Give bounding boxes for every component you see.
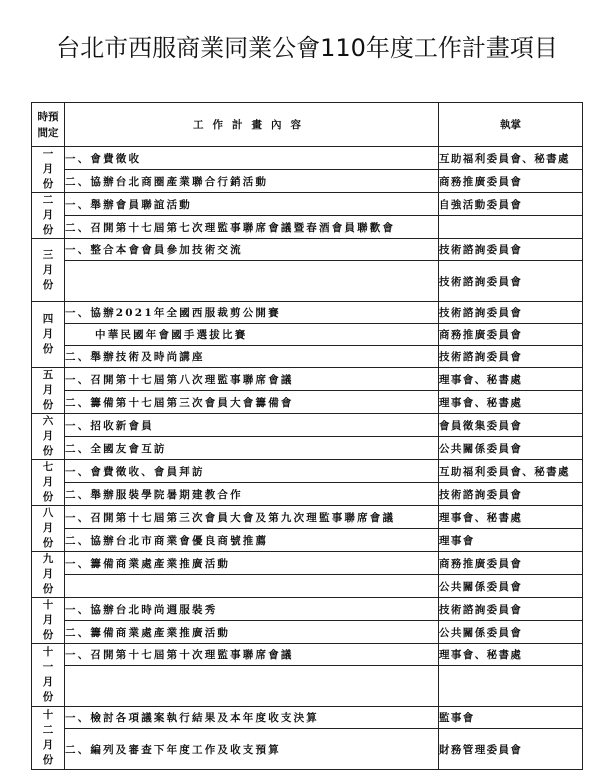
month-label-char: 十 [32, 598, 64, 613]
owner-cell: 財務管理委員會 [439, 729, 583, 770]
month-cell: 十二月份 [32, 707, 65, 770]
month-label-char: 份 [32, 753, 64, 768]
month-label-char: 份 [32, 223, 64, 238]
month-cell: 八月份 [32, 506, 65, 552]
month-label-char: 月 [32, 567, 64, 582]
month-label-char: 一 [32, 147, 64, 162]
owner-cell: 商務推廣委員會 [439, 552, 583, 575]
month-label-char: 月 [32, 475, 64, 490]
table-row [32, 666, 583, 707]
table-row: 二、協辦台北商圈產業聯合行銷活動商務推廣委員會 [32, 170, 583, 193]
owner-cell: 技術諮詢委員會 [439, 346, 583, 368]
month-cell: 二月份 [32, 193, 65, 239]
month-label-char: 十 [32, 645, 64, 660]
month-cell: 十月份 [32, 598, 65, 644]
task-cell: 一、召開第十七屆第三次會員大會及第九次理監事聯席會議 [65, 506, 439, 529]
month-cell: 十一月份 [32, 644, 65, 707]
table-row: 九月份一、籌備商業處產業推廣活動商務推廣委員會 [32, 552, 583, 575]
task-cell: 一、籌備商業處產業推廣活動 [65, 552, 439, 575]
table-body: 一月份一、會費徵收互助福利委員會、秘書處二、協辦台北商圈產業聯合行銷活動商務推廣… [32, 147, 583, 770]
month-label-char: 二 [32, 723, 64, 738]
owner-cell: 互助福利委員會、秘書處 [439, 147, 583, 170]
owner-cell: 公共關係委員會 [439, 575, 583, 598]
table-row: 五月份一、召開第十七屆第八次理監事聯席會議理事會、秘書處 [32, 368, 583, 391]
table-row: 十月份一、協辦台北時尚週服裝秀技術諮詢委員會 [32, 598, 583, 621]
header-task: 工作計畫內容 [65, 103, 439, 147]
table-row: 二、籌備第十七屆第三次會員大會籌備會理事會、秘書處 [32, 391, 583, 414]
table-row: 中華民國年會國手選拔比賽商務推廣委員會 [32, 324, 583, 346]
task-cell: 一、會費徵收 [65, 147, 439, 170]
task-cell: 一、整合本會會員參加技術交流 [65, 239, 439, 261]
owner-cell: 公共關係委員會 [439, 621, 583, 644]
task-cell: 二、編列及審查下年度工作及收支預算 [65, 729, 439, 770]
month-label-char: 二 [32, 193, 64, 208]
task-cell: 二、籌備第十七屆第三次會員大會籌備會 [65, 391, 439, 414]
month-label-char: 月 [32, 429, 64, 444]
month-label-char: 月 [32, 521, 64, 536]
month-label-char: 月 [32, 327, 64, 342]
task-cell: 中華民國年會國手選拔比賽 [65, 324, 439, 346]
owner-cell: 理事會、秘書處 [439, 368, 583, 391]
month-label-char: 月 [32, 383, 64, 398]
owner-cell: 會員徵集委員會 [439, 414, 583, 437]
table-row: 二、舉辦服裝學院暑期建教合作技術諮詢委員會 [32, 483, 583, 506]
owner-cell: 技術諮詢委員會 [439, 261, 583, 302]
table-row: 三月份一、整合本會會員參加技術交流技術諮詢委員會 [32, 239, 583, 261]
task-cell: 二、協辦台北市商業會優良商號推薦 [65, 529, 439, 552]
owner-cell: 商務推廣委員會 [439, 324, 583, 346]
owner-cell [439, 666, 583, 707]
task-cell: 一、召開第十七屆第八次理監事聯席會議 [65, 368, 439, 391]
task-cell: 一、協辦台北時尚週服裝秀 [65, 598, 439, 621]
month-cell: 七月份 [32, 460, 65, 506]
task-cell: 二、協辦台北商圈產業聯合行銷活動 [65, 170, 439, 193]
month-cell: 六月份 [32, 414, 65, 460]
task-cell: 二、舉辦服裝學院暑期建教合作 [65, 483, 439, 506]
month-label-char: 月 [32, 738, 64, 753]
owner-cell: 技術諮詢委員會 [439, 239, 583, 261]
task-cell: 二、籌備商業處產業推廣活動 [65, 621, 439, 644]
task-cell: 一、檢討各項議案執行結果及本年度收支決算 [65, 707, 439, 729]
table-row: 二、協辦台北市商業會優良商號推薦理事會 [32, 529, 583, 552]
month-cell: 四月份 [32, 302, 65, 368]
owner-cell: 監事會 [439, 707, 583, 729]
table-row: 十一月份一、召開第十七屆第十次理監事聯席會議理事會、秘書處 [32, 644, 583, 666]
table-row: 六月份一、招收新會員會員徵集委員會 [32, 414, 583, 437]
document-title: 台北市西服商業同業公會110年度工作計畫項目 [0, 28, 614, 63]
month-label-char: 八 [32, 506, 64, 521]
task-cell [65, 575, 439, 598]
month-label-char: 份 [32, 444, 64, 459]
month-label-char: 份 [32, 490, 64, 505]
month-label-char: 七 [32, 460, 64, 475]
owner-cell: 理事會 [439, 529, 583, 552]
month-label-char: 份 [32, 536, 64, 551]
month-label-char: 月 [32, 675, 64, 690]
month-cell: 三月份 [32, 239, 65, 302]
header-owner: 執掌 [439, 103, 583, 147]
table-row: 四月份一、協辦2021年全國西服裁剪公開賽技術諮詢委員會 [32, 302, 583, 324]
month-label-char: 三 [32, 248, 64, 263]
month-label-char: 月 [32, 208, 64, 223]
owner-cell: 技術諮詢委員會 [439, 598, 583, 621]
task-cell: 一、召開第十七屆第十次理監事聯席會議 [65, 644, 439, 666]
owner-cell: 自強活動委員會 [439, 193, 583, 216]
task-cell: 二、舉辦技術及時尚講座 [65, 346, 439, 368]
month-label-char: 份 [32, 278, 64, 293]
table-row: 一月份一、會費徵收互助福利委員會、秘書處 [32, 147, 583, 170]
header-month-line1: 時預 [32, 109, 64, 125]
month-label-char: 份 [32, 628, 64, 643]
month-label-char: 九 [32, 552, 64, 567]
table-header-row: 時預 間定 工作計畫內容 執掌 [32, 103, 583, 147]
task-cell: 二、全國友會互訪 [65, 437, 439, 460]
month-label-char: 十 [32, 708, 64, 723]
month-label-char: 份 [32, 177, 64, 192]
owner-cell [439, 216, 583, 239]
owner-cell: 理事會、秘書處 [439, 506, 583, 529]
owner-cell: 公共關係委員會 [439, 437, 583, 460]
month-label-char: 份 [32, 582, 64, 597]
owner-cell: 理事會、秘書處 [439, 391, 583, 414]
owner-cell: 商務推廣委員會 [439, 170, 583, 193]
month-label-char: 月 [32, 162, 64, 177]
month-label-char: 份 [32, 690, 64, 705]
table-row: 二、籌備商業處產業推廣活動公共關係委員會 [32, 621, 583, 644]
month-cell: 九月份 [32, 552, 65, 598]
owner-cell: 互助福利委員會、秘書處 [439, 460, 583, 483]
task-cell: 一、協辦2021年全國西服裁剪公開賽 [65, 302, 439, 324]
table-row: 二、編列及審查下年度工作及收支預算財務管理委員會 [32, 729, 583, 770]
table-row: 七月份一、會費徵收、會員拜訪互助福利委員會、秘書處 [32, 460, 583, 483]
table-row: 八月份一、召開第十七屆第三次會員大會及第九次理監事聯席會議理事會、秘書處 [32, 506, 583, 529]
owner-cell: 理事會、秘書處 [439, 644, 583, 666]
month-cell: 五月份 [32, 368, 65, 414]
header-scheduled-time: 時預 間定 [32, 103, 65, 147]
owner-cell: 技術諮詢委員會 [439, 302, 583, 324]
table-row: 二、召開第十七屆第七次理監事聯席會議暨春酒會員聯歡會 [32, 216, 583, 239]
table-row: 十二月份一、檢討各項議案執行結果及本年度收支決算監事會 [32, 707, 583, 729]
task-cell: 二、召開第十七屆第七次理監事聯席會議暨春酒會員聯歡會 [65, 216, 439, 239]
header-month-line2: 間定 [32, 125, 64, 141]
table-row: 二、舉辦技術及時尚講座技術諮詢委員會 [32, 346, 583, 368]
task-cell: 一、招收新會員 [65, 414, 439, 437]
table-row: 二月份一、舉辦會員聯誼活動自強活動委員會 [32, 193, 583, 216]
table-row: 二、全國友會互訪公共關係委員會 [32, 437, 583, 460]
table-row: 技術諮詢委員會 [32, 261, 583, 302]
month-label-char: 五 [32, 368, 64, 383]
work-plan-table: 時預 間定 工作計畫內容 執掌 一月份一、會費徵收互助福利委員會、秘書處二、協辦… [31, 102, 583, 770]
task-cell [65, 666, 439, 707]
month-label-char: 一 [32, 660, 64, 675]
task-cell: 一、會費徵收、會員拜訪 [65, 460, 439, 483]
owner-cell: 技術諮詢委員會 [439, 483, 583, 506]
month-label-char: 六 [32, 414, 64, 429]
month-label-char: 月 [32, 263, 64, 278]
month-label-char: 份 [32, 342, 64, 357]
month-cell: 一月份 [32, 147, 65, 193]
month-label-char: 份 [32, 398, 64, 413]
month-label-char: 四 [32, 312, 64, 327]
task-cell: 一、舉辦會員聯誼活動 [65, 193, 439, 216]
task-cell [65, 261, 439, 302]
month-label-char: 月 [32, 613, 64, 628]
table-row: 公共關係委員會 [32, 575, 583, 598]
